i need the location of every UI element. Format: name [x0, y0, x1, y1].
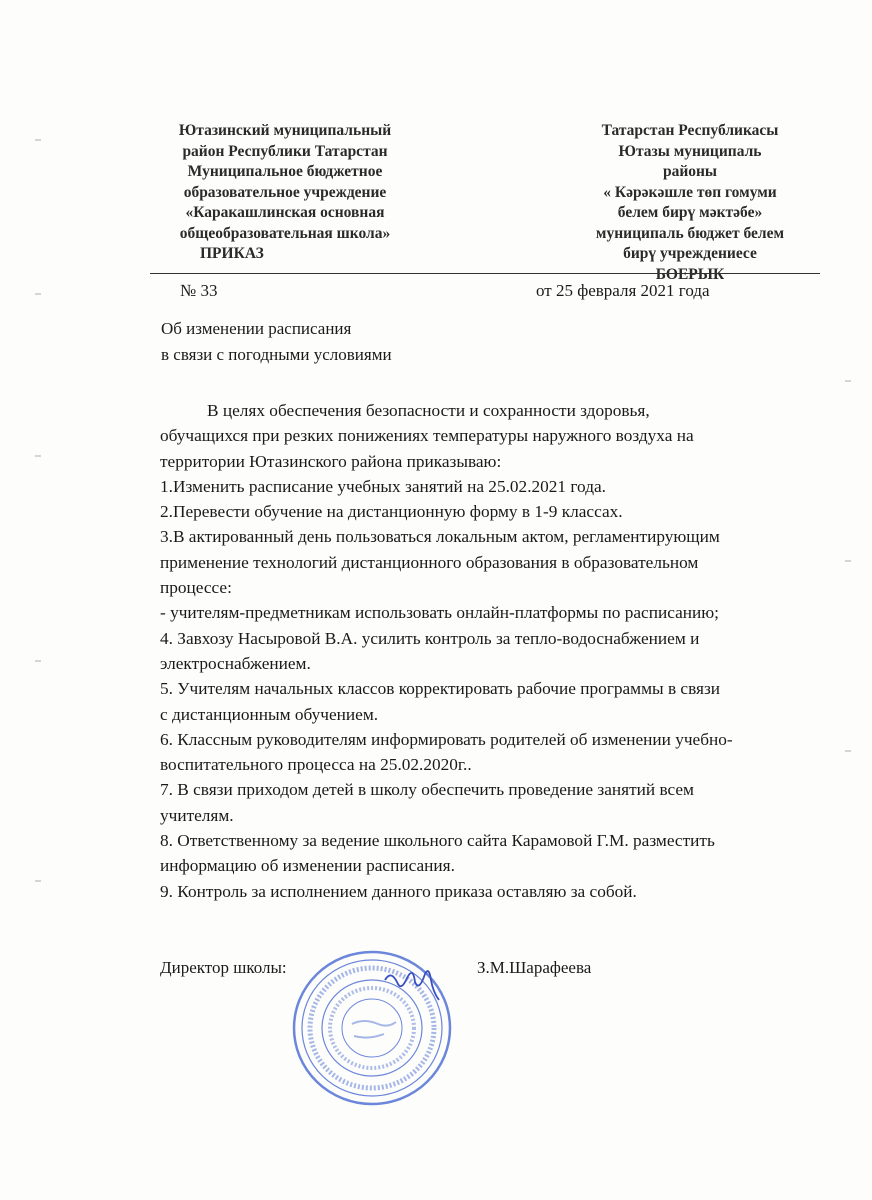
header-left-russian: Ютазинский муниципальный район Республик… — [160, 121, 410, 265]
order-item: 4. Завхозу Насыровой В.А. усилить контро… — [160, 626, 840, 651]
order-date: от 25 февраля 2021 года — [536, 281, 710, 301]
scan-artifact — [845, 380, 851, 382]
header-divider — [150, 273, 820, 274]
header-left-line: «Каракашлинская основная — [160, 203, 410, 224]
header-left-line: Муниципальное бюджетное — [160, 162, 410, 183]
scan-artifact — [35, 455, 41, 457]
order-number: № 33 — [180, 281, 217, 301]
header-right-line: Ютазы муниципаль — [575, 142, 805, 163]
document-type-ru: ПРИКАЗ — [160, 244, 410, 265]
intro-line: обучащихся при резких понижениях темпера… — [160, 423, 840, 448]
scan-artifact — [35, 880, 41, 882]
order-item: 9. Контроль за исполнением данного прика… — [160, 879, 840, 904]
header-right-line: Татарстан Республикасы — [575, 121, 805, 142]
header-right-line: районы — [575, 162, 805, 183]
order-item: учителям. — [160, 803, 840, 828]
order-body: В целях обеспечения безопасности и сохра… — [160, 398, 840, 904]
scan-artifact — [35, 660, 41, 662]
order-item: с дистанционным обучением. — [160, 702, 840, 727]
scan-artifact — [35, 293, 41, 295]
header-left-line: образовательное учреждение — [160, 183, 410, 204]
header-right-line: белем бирү мәктәбе» — [575, 203, 805, 224]
header-left-line: Ютазинский муниципальный — [160, 121, 410, 142]
header-right-line: « Кәрәкәшле төп гомуми — [575, 183, 805, 204]
header-left-line: район Республики Татарстан — [160, 142, 410, 163]
order-item: 2.Перевести обучение на дистанционную фо… — [160, 499, 840, 524]
order-item: применение технологий дистанционного обр… — [160, 550, 840, 575]
scan-artifact — [845, 560, 851, 562]
intro-line: В целях обеспечения безопасности и сохра… — [160, 398, 840, 423]
official-stamp-icon — [290, 948, 455, 1108]
intro-line: территории Ютазинского района приказываю… — [160, 449, 840, 474]
order-item: 1.Изменить расписание учебных занятий на… — [160, 474, 840, 499]
header-right-line: бирү учреждениесе — [575, 244, 805, 265]
order-item: 5. Учителям начальных классов корректиро… — [160, 676, 840, 701]
signature-role: Директор школы: — [160, 958, 287, 978]
scan-artifact — [35, 139, 41, 141]
order-subject: Об изменении расписания в связи с погодн… — [161, 316, 392, 368]
order-item: информацию об изменении расписания. — [160, 853, 840, 878]
subject-line: в связи с погодными условиями — [161, 342, 392, 368]
order-item: электроснабжением. — [160, 651, 840, 676]
header-left-line: общеобразовательная школа» — [160, 224, 410, 245]
subject-line: Об изменении расписания — [161, 316, 392, 342]
order-item: процессе: — [160, 575, 840, 600]
signature-name: З.М.Шарафеева — [477, 958, 591, 978]
header-right-line: муниципаль бюджет белем — [575, 224, 805, 245]
order-item: 6. Классным руководителям информировать … — [160, 727, 840, 752]
order-item: 3.В актированный день пользоваться локал… — [160, 524, 840, 549]
order-item: - учителям-предметникам использовать онл… — [160, 600, 840, 625]
order-item: воспитательного процесса на 25.02.2020г.… — [160, 752, 840, 777]
order-item: 8. Ответственному за ведение школьного с… — [160, 828, 840, 853]
scan-artifact — [845, 750, 851, 752]
header-right-tatar: Татарстан Республикасы Ютазы муниципаль … — [575, 121, 805, 285]
order-item: 7. В связи приходом детей в школу обеспе… — [160, 777, 840, 802]
